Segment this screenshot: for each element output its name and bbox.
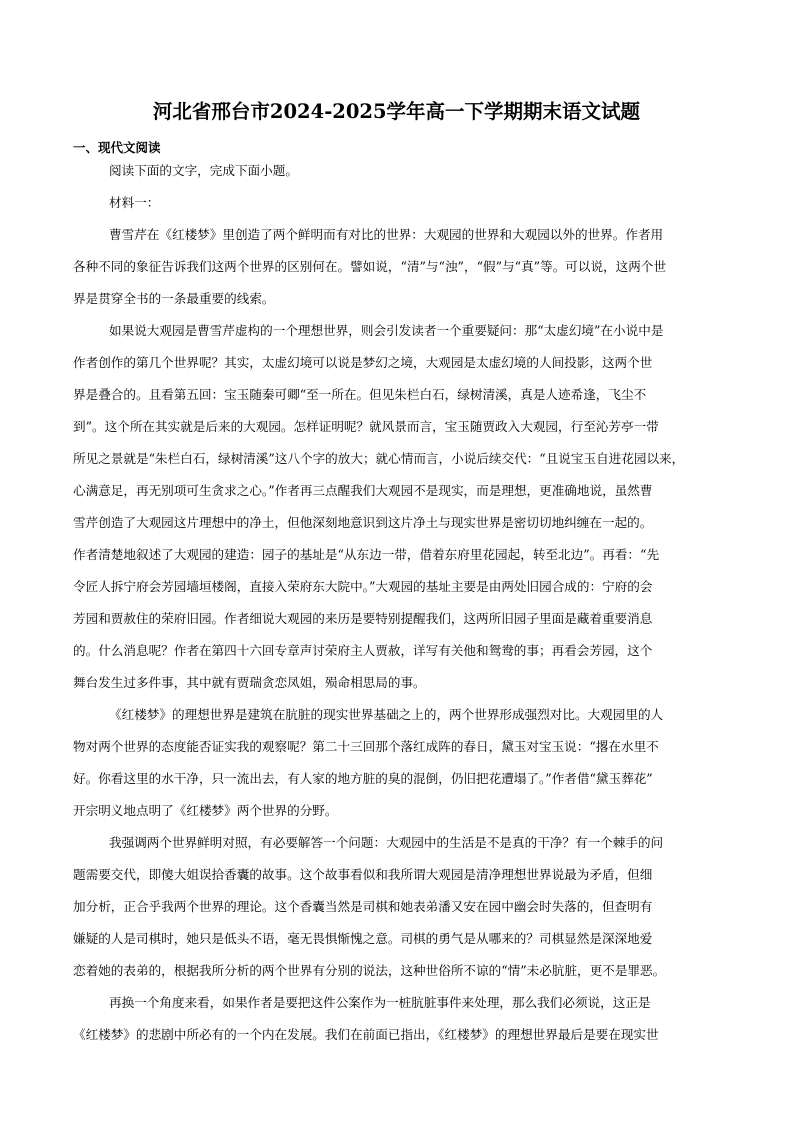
paragraph-line: 作者清楚地叙述了大观园的建造：园子的基址是“从东边一带，借着东府里花园起，转至北… xyxy=(73,547,723,563)
paragraph-line: 各种不同的象征告诉我们这两个世界的区别何在。譬如说，“清”与“浊”，“假”与“真… xyxy=(73,259,723,275)
paragraph-line: 的。什么消息呢？作者在第四十六回专章声讨荣府主人贾赦，详写有关他和鸳鸯的事；再看… xyxy=(73,643,723,659)
paragraph-line: 题需要交代，即傻大姐误拾香囊的故事。这个故事看似和我所谓大观园是清净理想世界说最… xyxy=(73,867,723,883)
paragraph-line: 芳园和贾赦住的荣府旧园。作者细说大观园的来历是要特别提醒我们，这两所旧园子里面是… xyxy=(73,611,723,627)
paragraph-line: 再换一个角度来看，如果作者是要把这件公案作为一桩肮脏事件来处理，那么我们必须说，… xyxy=(109,995,759,1011)
paragraph-line: 所见之景就是“朱栏白石，绿树清溪”这八个字的放大；就心情而言，小说后续交代：“且… xyxy=(73,451,723,467)
paragraph-line: 雪芹创造了大观园这片理想中的净土，但他深刻地意识到这片净土与现实世界是密切切地纠… xyxy=(73,515,723,531)
paragraph-line: 《红楼梦》的理想世界是建筑在肮脏的现实世界基础之上的，两个世界形成强烈对比。大观… xyxy=(109,707,759,723)
paragraph-line: 好。你看这里的水干净，只一流出去，有人家的地方脏的臭的混倒，仍旧把花遭塌了。”作… xyxy=(73,771,723,787)
paragraph-line: 恋着她的表弟的，根据我所分析的两个世界有分别的说法，这种世俗所不谅的“情”未必肮… xyxy=(73,963,723,979)
paragraph-line: 界是叠合的。且看第五回：宝玉随秦可卿“至一所在。但见朱栏白石，绿树清溪，真是人迹… xyxy=(73,387,723,403)
paragraph-line: 心满意足，再无别项可生贪求之心。”作者再三点醒我们大观园不是现实，而是理想，更准… xyxy=(73,483,723,499)
paragraph-line: 如果说大观园是曹雪芹虚构的一个理想世界，则会引发读者一个重要疑问：那“太虚幻境”… xyxy=(109,323,759,339)
paragraph-line: 开宗明义地点明了《红楼梦》两个世界的分野。 xyxy=(73,803,723,819)
document-page: 河北省邢台市2024-2025学年高一下学期期末语文试题 一、现代文阅读 阅读下… xyxy=(0,0,793,1122)
instruction-text: 阅读下面的文字，完成下面小题。 xyxy=(109,163,759,179)
paragraph-line: 作者创作的第几个世界呢？其实，太虚幻境可以说是梦幻之境，大观园是太虚幻境的人间投… xyxy=(73,355,723,371)
paragraph-line: 嫌疑的人是司棋时，她只是低头不语，毫无畏惧惭愧之意。司棋的勇气是从哪来的？司棋显… xyxy=(73,931,723,947)
document-title: 河北省邢台市2024-2025学年高一下学期期末语文试题 xyxy=(0,96,793,124)
paragraph-line: 令匠人拆宁府会芳园墙垣楼阁，直接入荣府东大院中。”大观园的基址主要是由两处旧园合… xyxy=(73,579,723,595)
paragraph-line: 舞台发生过多件事，其中就有贾瑞贪恋凤姐，殒命相思局的事。 xyxy=(73,675,723,691)
paragraph-line: 《红楼梦》的悲剧中所必有的一个内在发展。我们在前面已指出，《红楼梦》的理想世界最… xyxy=(73,1027,723,1043)
paragraph-line: 物对两个世界的态度能否证实我的观察呢？第二十三回那个落红成阵的春日，黛玉对宝玉说… xyxy=(73,739,723,755)
section-heading: 一、现代文阅读 xyxy=(73,138,161,156)
paragraph-line: 曹雪芹在《红楼梦》里创造了两个鲜明而有对比的世界：大观园的世界和大观园以外的世界… xyxy=(109,227,759,243)
paragraph-line: 我强调两个世界鲜明对照，有必要解答一个问题：大观园中的生活是不是真的干净？有一个… xyxy=(109,835,759,851)
paragraph-line: 加分析，正合乎我两个世界的理论。这个香囊当然是司棋和她表弟潘又安在园中幽会时失落… xyxy=(73,899,723,915)
paragraph-line: 到”。这个所在其实就是后来的大观园。怎样证明呢？就风景而言，宝玉随贾政入大观园，… xyxy=(73,419,723,435)
material-label: 材料一： xyxy=(109,195,759,211)
paragraph-line: 界是贯穿全书的一条最重要的线索。 xyxy=(73,291,723,307)
